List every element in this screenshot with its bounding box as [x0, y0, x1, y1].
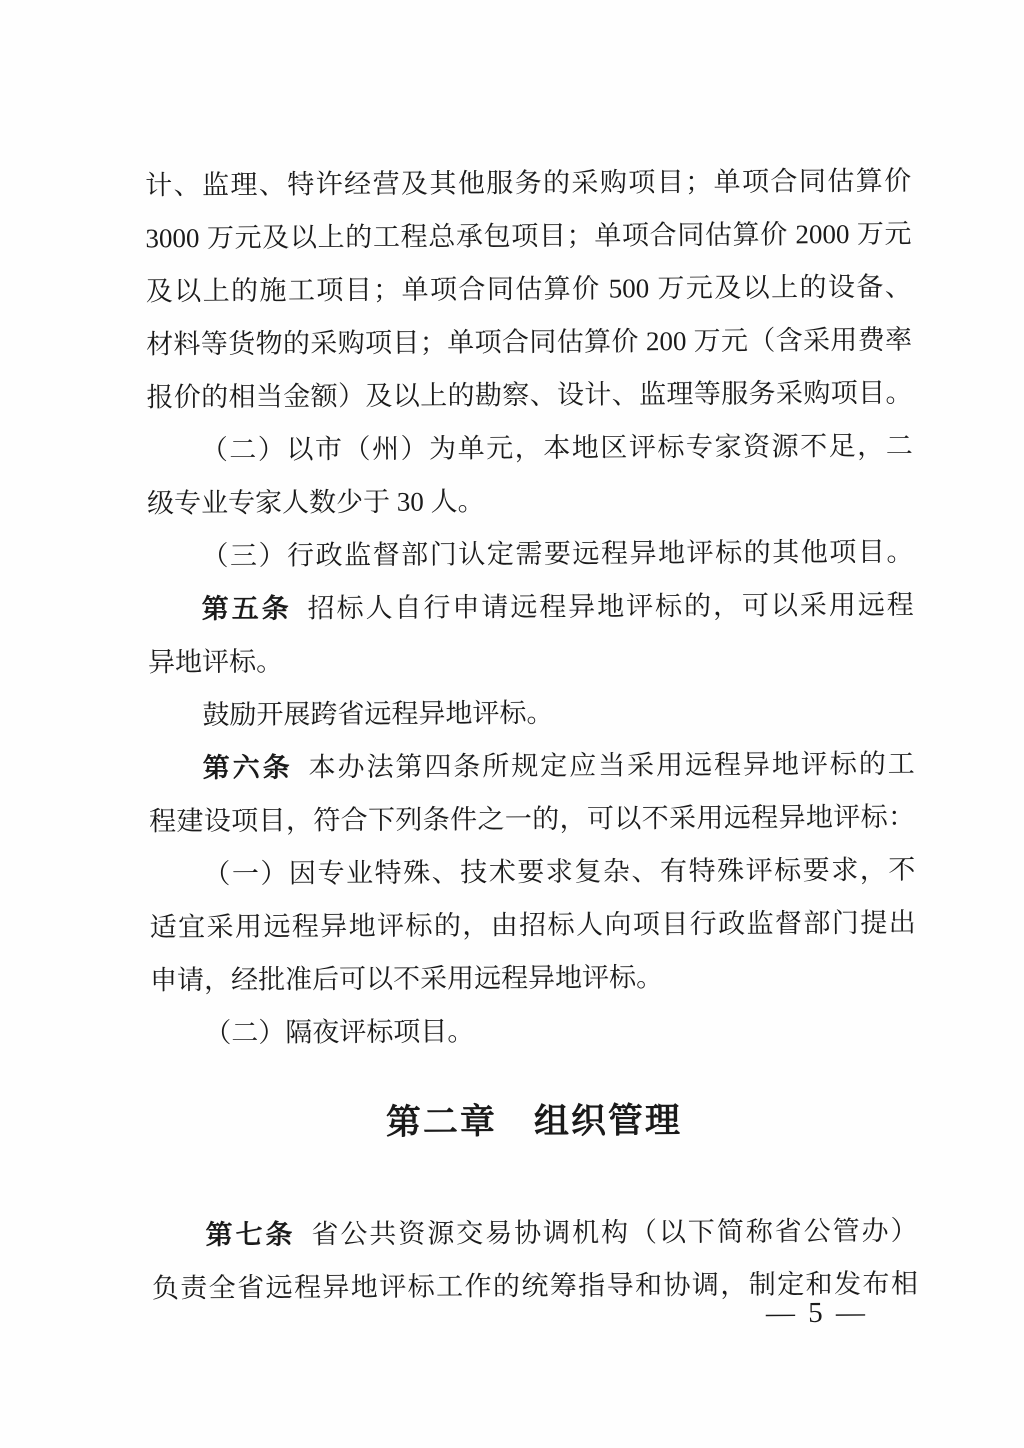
line-text: （一）因专业特殊、技术要求复杂、有特殊评标要求，不 — [203, 855, 915, 889]
document-line: 材料等货物的采购项目；单项合同估算价 200 万元（含采用费率 — [146, 314, 912, 372]
document-line: 鼓励开展跨省远程异地评标。 — [148, 685, 914, 743]
document-line: 程建设项目，符合下列条件之一的，可以不采用远程异地评标： — [149, 791, 915, 849]
line-text: 本办法第四条所规定应当采用远程异地评标的工 — [309, 749, 915, 783]
line-text: （三）行政监督部门认定需要远程异地评标的其他项目。 — [201, 537, 913, 571]
document-line: （二）以市（州）为单元，本地区评标专家资源不足，二 — [147, 420, 913, 478]
document-line: 第七条省公共资源交易协调机构（以下简称省公管办） — [151, 1205, 917, 1263]
document-line: （三）行政监督部门认定需要远程异地评标的其他项目。 — [147, 526, 913, 584]
document-line: 级专业专家人数少于 30 人。 — [147, 473, 913, 531]
document-line: 及以上的施工项目；单项合同估算价 500 万元及以上的设备、 — [146, 261, 912, 319]
article-number-label: 第六条 — [203, 752, 293, 783]
article-number-label: 第七条 — [205, 1219, 295, 1250]
document-line: （二）隔夜评标项目。 — [150, 1003, 916, 1061]
chapter-heading: 第二章 组织管理 — [151, 1093, 917, 1151]
document-line: 第五条招标人自行申请远程异地评标的，可以采用远程 — [148, 579, 914, 637]
line-text: 招标人自行申请远程异地评标的，可以采用远程 — [308, 590, 914, 624]
document-line: 计、监理、特许经营及其他服务的采购项目；单项合同估算价 — [145, 155, 911, 213]
line-text: 异地评标。 — [148, 647, 283, 678]
line-text: 级专业专家人数少于 30 人。 — [147, 486, 485, 518]
line-text: 3000 万元及以上的工程总承包项目；单项合同估算价 2000 万元 — [145, 219, 911, 254]
line-text: 报价的相当金额）及以上的勘察、设计、监理等服务采购项目。 — [146, 378, 912, 413]
document-line: 适宜采用远程异地评标的，由招标人向项目行政监督部门提出 — [150, 897, 916, 955]
line-text: 计、监理、特许经营及其他服务的采购项目；单项合同估算价 — [145, 166, 911, 201]
line-text: 及以上的施工项目；单项合同估算价 500 万元及以上的设备、 — [146, 272, 912, 307]
document-line: 异地评标。 — [148, 632, 914, 690]
document-line: 3000 万元及以上的工程总承包项目；单项合同估算价 2000 万元 — [145, 208, 911, 266]
line-text: 申请，经批准后可以不采用远程异地评标。 — [150, 962, 663, 995]
line-text: 程建设项目，符合下列条件之一的，可以不采用远程异地评标： — [149, 802, 915, 837]
document-line: 申请，经批准后可以不采用远程异地评标。 — [150, 950, 916, 1008]
line-text: 鼓励开展跨省远程异地评标。 — [202, 698, 553, 730]
document-line: 第六条本办法第四条所规定应当采用远程异地评标的工 — [149, 738, 915, 796]
line-text: 第二章 组织管理 — [386, 1101, 682, 1142]
document-line: 报价的相当金额）及以上的勘察、设计、监理等服务采购项目。 — [146, 367, 912, 425]
document-line: （一）因专业特殊、技术要求复杂、有特殊评标要求，不 — [149, 844, 915, 902]
page-number: — 5 — — [766, 1297, 868, 1331]
line-text: （二）隔夜评标项目。 — [204, 1016, 474, 1048]
line-text: 适宜采用远程异地评标的，由招标人向项目行政监督部门提出 — [150, 908, 916, 943]
document-body: 计、监理、特许经营及其他服务的采购项目；单项合同估算价3000 万元及以上的工程… — [145, 155, 918, 1316]
article-number-label: 第五条 — [202, 593, 292, 624]
line-text: 材料等货物的采购项目；单项合同估算价 200 万元（含采用费率 — [146, 325, 912, 360]
line-text: 省公共资源交易协调机构（以下简称省公管办） — [311, 1216, 917, 1250]
document-page: 计、监理、特许经营及其他服务的采购项目；单项合同估算价3000 万元及以上的工程… — [0, 0, 1024, 1448]
line-text: （二）以市（州）为单元，本地区评标专家资源不足，二 — [201, 431, 913, 465]
